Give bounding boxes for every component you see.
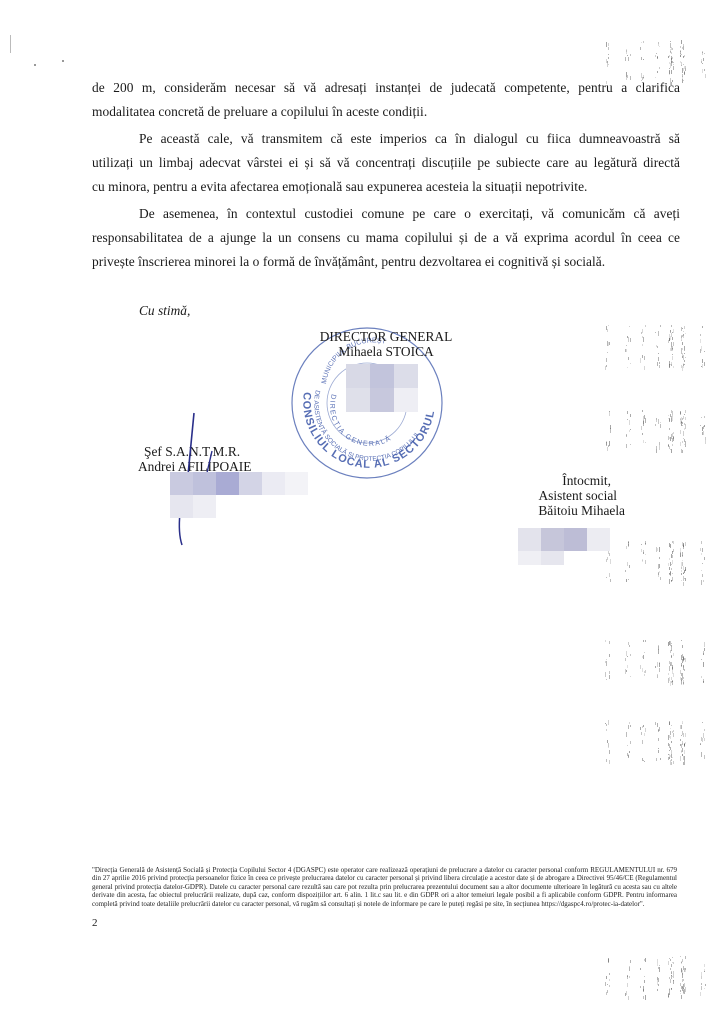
body-line: de 200 m, considerăm necesar să vă adres…	[92, 80, 680, 96]
body-line: cu minora, pentru a evita afectarea emoț…	[92, 179, 587, 195]
director-title: DIRECTOR GENERAL	[316, 329, 456, 344]
body-line: responsabilitatea de a ajunge la un cons…	[92, 230, 680, 246]
author-label: Întocmit,	[505, 473, 611, 488]
page-number: 2	[92, 917, 98, 929]
body-line: privește înscrierea minorei la o formă d…	[92, 254, 605, 270]
body-line: utilizați un limbaj adecvat vârstei ei ș…	[92, 155, 680, 171]
body-line: Pe această cale, vă transmitem că este i…	[139, 131, 680, 147]
gdpr-footnote: "Direcția Generală de Asistență Socială …	[92, 866, 677, 908]
author-signature-block: Întocmit, Asistent social Băitoiu Mihael…	[505, 473, 625, 518]
closing-salutation: Cu stimă,	[139, 303, 190, 319]
body-line: modalitatea concretă de preluare a copil…	[92, 104, 427, 120]
author-title: Asistent social	[505, 488, 617, 503]
director-signature-block: DIRECTOR GENERAL Mihaela STOICA	[316, 329, 456, 359]
director-name: Mihaela STOICA	[316, 344, 456, 359]
body-line: De asemenea, în contextul custodiei comu…	[139, 206, 680, 222]
author-name: Băitoiu Mihaela	[505, 503, 625, 518]
